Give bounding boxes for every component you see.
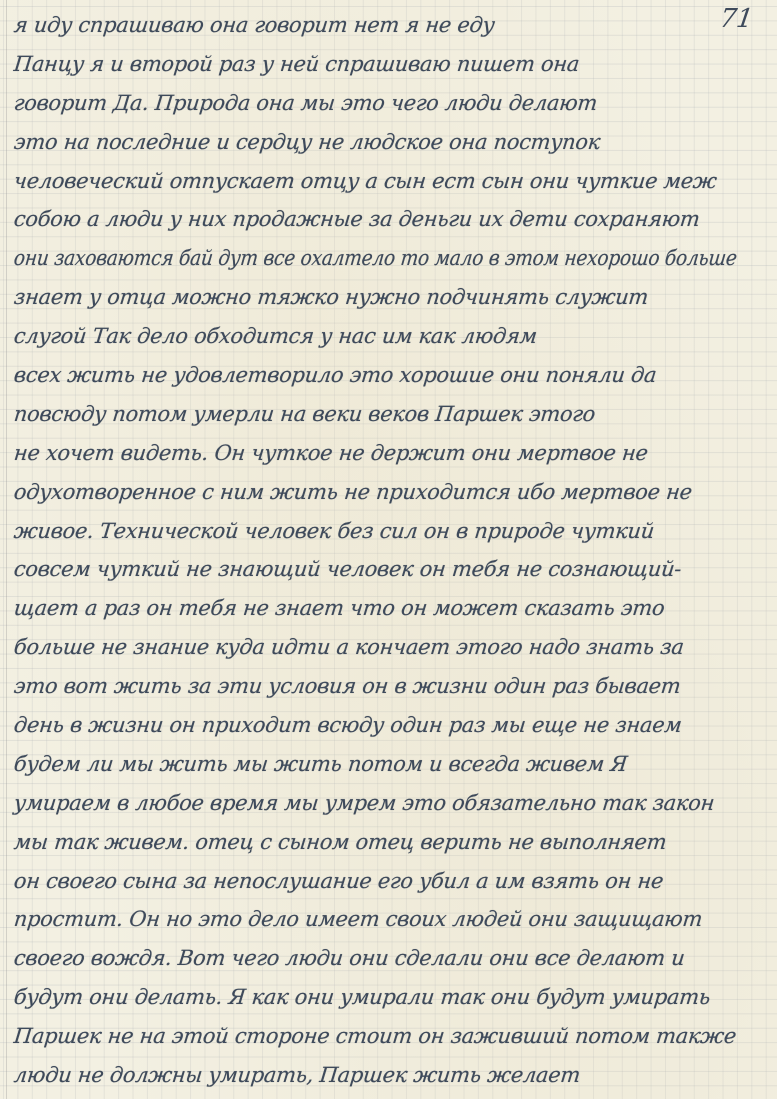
text-line: Паршек не на этой стороне стоит он зажив… xyxy=(12,1017,739,1056)
text-line: это на последние и сердцу не людское она… xyxy=(12,123,739,162)
text-line: больше не знание куда идти а кончает это… xyxy=(12,628,739,667)
text-line: умираем в любое время мы умрем это обяза… xyxy=(12,784,739,823)
text-line: я иду спрашиваю она говорит нет я не еду xyxy=(12,6,739,45)
text-line: человеческий отпускает отцу а сын ест сы… xyxy=(12,162,739,201)
text-line: знает у отца можно тяжко нужно подчинять… xyxy=(12,278,739,317)
text-line: живое. Технической человек без сил он в … xyxy=(12,512,739,551)
text-line: это вот жить за эти условия он в жизни о… xyxy=(12,667,739,706)
text-line: своего вождя. Вот чего люди они сделали … xyxy=(12,939,739,978)
text-line: он своего сына за непослушание его убил … xyxy=(12,862,739,901)
text-line: собою а люди у них продажные за деньги и… xyxy=(12,200,739,239)
text-line: они заховаются бай дут все охалтело то м… xyxy=(12,239,657,278)
text-line: мы так живем. отец с сыном отец верить н… xyxy=(12,823,739,862)
handwritten-text: я иду спрашиваю она говорит нет я не еду… xyxy=(14,6,737,1095)
text-line: будут они делать. Я как они умирали так … xyxy=(12,978,739,1017)
text-line: простит. Он но это дело имеет своих люде… xyxy=(12,900,739,939)
text-line: всех жить не удовлетворило это хорошие о… xyxy=(12,356,739,395)
text-line: повсюду потом умерли на веки веков Парше… xyxy=(12,395,739,434)
text-line: люди не должны умирать, Паршек жить жела… xyxy=(12,1056,739,1095)
text-line: одухотворенное с ним жить не приходится … xyxy=(12,473,739,512)
text-line: Панцу я и второй раз у ней спрашиваю пиш… xyxy=(12,45,739,84)
text-line: не хочет видеть. Он чуткое не держит они… xyxy=(12,434,739,473)
notebook-page: 71 я иду спрашиваю она говорит нет я не … xyxy=(0,0,777,1099)
text-line: день в жизни он приходит всюду один раз … xyxy=(12,706,739,745)
text-line: говорит Да. Природа она мы это чего люди… xyxy=(12,84,739,123)
text-line: будем ли мы жить мы жить потом и всегда … xyxy=(12,745,739,784)
margin-line xyxy=(6,0,7,1099)
text-line: совсем чуткий не знающий человек он тебя… xyxy=(12,550,739,589)
text-line: слугой Так дело обходится у нас им как л… xyxy=(12,317,739,356)
text-line: щает а раз он тебя не знает что он может… xyxy=(12,589,739,628)
